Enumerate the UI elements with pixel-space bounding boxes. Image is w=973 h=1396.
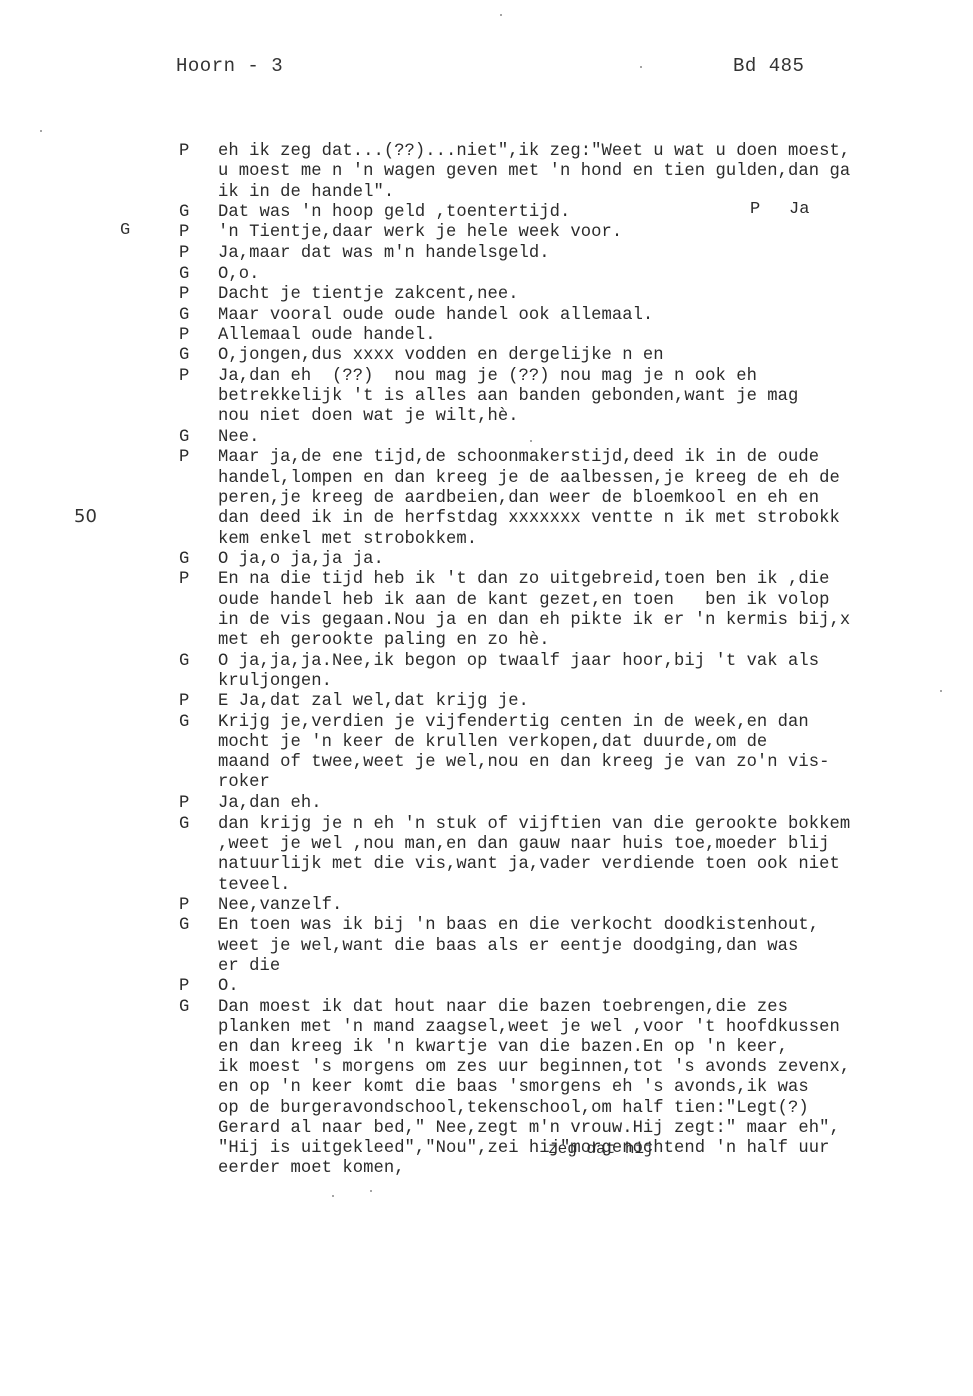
transcript-line: maand of twee,weet je wel,nou en dan kre… — [218, 753, 830, 772]
speaker-label: G — [179, 428, 189, 447]
transcript-line: in de vis gegaan.Nou ja en dan eh pikte … — [218, 611, 850, 630]
transcript-line: natuurlijk met die vis,want ja,vader ver… — [218, 855, 840, 874]
transcript-line: 'n Tientje,daar werk je hele week voor. — [218, 223, 622, 242]
header-location: Hoorn - 3 — [176, 55, 283, 77]
transcript-line: en op 'n keer komt die baas 'smorgens eh… — [218, 1078, 809, 1097]
transcript-line: O,jongen,dus xxxx vodden en dergelijke n… — [218, 346, 664, 365]
transcript-line: peren,je kreeg de aardbeien,dan weer de … — [218, 489, 819, 508]
speaker-label: G — [179, 306, 189, 325]
transcript-line: Krijg je,verdien je vijfendertig centen … — [218, 713, 809, 732]
speck — [40, 130, 42, 132]
transcript-line: Maar vooral oude oude handel ook allemaa… — [218, 306, 653, 325]
transcript-line: En na die tijd heb ik 't dan zo uitgebre… — [218, 570, 830, 589]
transcript-line: oude handel heb ik aan de kant gezet,en … — [218, 591, 830, 610]
speaker-label: G — [179, 550, 189, 569]
transcript-line: er die — [218, 957, 280, 976]
speaker-label: P — [179, 896, 189, 915]
transcript-line: Ja,dan eh (??) nou mag je (??) nou mag j… — [218, 367, 757, 386]
transcript-line: dan krijg je n eh 'n stuk of vijftien va… — [218, 815, 850, 834]
transcript-line: Ja,maar dat was m'n handelsgeld. — [218, 244, 550, 263]
transcript-line: Gerard al naar bed," Nee,zegt m'n vrouw.… — [218, 1119, 840, 1138]
speaker-label: P — [179, 367, 189, 386]
transcript-line: op de burgeravondschool,tekenschool,om h… — [218, 1099, 809, 1118]
transcript-line: ik moest 's morgens om zes uur beginnen,… — [218, 1058, 850, 1077]
transcript-line: "Hij is uitgekleed","Nou",zei hij"morgen… — [218, 1139, 830, 1158]
header-reference: Bd 485 — [733, 55, 804, 77]
speck — [940, 690, 942, 692]
transcript-line: roker — [218, 773, 270, 792]
speaker-label: P — [179, 977, 189, 996]
speaker-label: G — [179, 998, 189, 1017]
transcript-line: nou niet doen wat je wilt,hè. — [218, 407, 519, 426]
speaker-label: P — [179, 326, 189, 345]
transcript-line: met eh gerookte paling en zo hè. — [218, 631, 550, 650]
transcript-line: u moest me n 'n wagen geven met 'n hond … — [218, 162, 850, 181]
transcript-line: O. — [218, 977, 239, 996]
speaker-label: G — [179, 815, 189, 834]
transcript-line: eh ik zeg dat...(??)...niet",ik zeg:"Wee… — [218, 142, 850, 161]
speck — [530, 440, 532, 442]
transcript-line: O ja,ja,ja.Nee,ik begon op twaalf jaar h… — [218, 652, 819, 671]
transcript-line: Allemaal oude handel. — [218, 326, 436, 345]
speck — [370, 1190, 372, 1192]
speck — [332, 1195, 334, 1197]
aside-text: Ja — [789, 200, 809, 219]
speaker-label: G — [179, 713, 189, 732]
handwritten-correction: zeg dat hij — [548, 1140, 654, 1158]
transcript-line: Nee,vanzelf. — [218, 896, 342, 915]
speaker-label: P — [179, 285, 189, 304]
transcript-line: Dacht je tientje zakcent,nee. — [218, 285, 519, 304]
speaker-label: P — [179, 570, 189, 589]
speaker-label: P — [179, 142, 189, 161]
typescript-page: Hoorn - 3 Bd 485 50 G P Ja Peh ik zeg da… — [0, 0, 973, 1396]
transcript-line: ,weet je wel ,nou man,en dan gauw naar h… — [218, 835, 830, 854]
speaker-label: G — [179, 203, 189, 222]
speaker-label: G — [179, 652, 189, 671]
transcript-line: Dat was 'n hoop geld ,toentertijd. — [218, 203, 570, 222]
transcript-line: planken met 'n mand zaagsel,weet je wel … — [218, 1018, 840, 1037]
margin-line-number: 50 — [74, 506, 97, 527]
speck — [500, 14, 502, 16]
transcript-line: teveel. — [218, 876, 291, 895]
speaker-label: P — [179, 448, 189, 467]
speaker-label: P — [179, 223, 189, 242]
speck — [640, 66, 642, 68]
transcript-line: En toen was ik bij 'n baas en die verkoc… — [218, 916, 819, 935]
transcript-line: O ja,o ja,ja ja. — [218, 550, 384, 569]
transcript-line: kruljongen. — [218, 672, 332, 691]
transcript-line: Nee. — [218, 428, 259, 447]
transcript-line: E Ja,dat zal wel,dat krijg je. — [218, 692, 529, 711]
transcript-line: Maar ja,de ene tijd,de schoonmakerstijd,… — [218, 448, 819, 467]
transcript-line: dan deed ik in de herfstdag xxxxxxx vent… — [218, 509, 840, 528]
transcript-line: eerder moet komen, — [218, 1159, 405, 1178]
transcript-line: handel,lompen en dan kreeg je de aalbess… — [218, 469, 840, 488]
margin-speaker-correction: G — [120, 221, 130, 240]
transcript-line: O,o. — [218, 265, 259, 284]
speaker-label: P — [179, 692, 189, 711]
transcript-line: en dan kreeg ik 'n kwartje van die bazen… — [218, 1038, 788, 1057]
transcript-line: betrekkelijk 't is alles aan banden gebo… — [218, 387, 798, 406]
speaker-label: G — [179, 265, 189, 284]
transcript-line: weet je wel,want die baas als er eentje … — [218, 937, 798, 956]
speaker-label: G — [179, 916, 189, 935]
transcript-line: kem enkel met strobokkem. — [218, 530, 477, 549]
aside-speaker: P — [750, 200, 760, 219]
transcript-line: Dan moest ik dat hout naar die bazen toe… — [218, 998, 788, 1017]
transcript-line: Ja,dan eh. — [218, 794, 322, 813]
transcript-line: mocht je 'n keer de krullen verkopen,dat… — [218, 733, 767, 752]
speaker-label: P — [179, 244, 189, 263]
speaker-label: G — [179, 346, 189, 365]
speaker-label: P — [179, 794, 189, 813]
transcript-line: ik in de handel". — [218, 183, 394, 202]
